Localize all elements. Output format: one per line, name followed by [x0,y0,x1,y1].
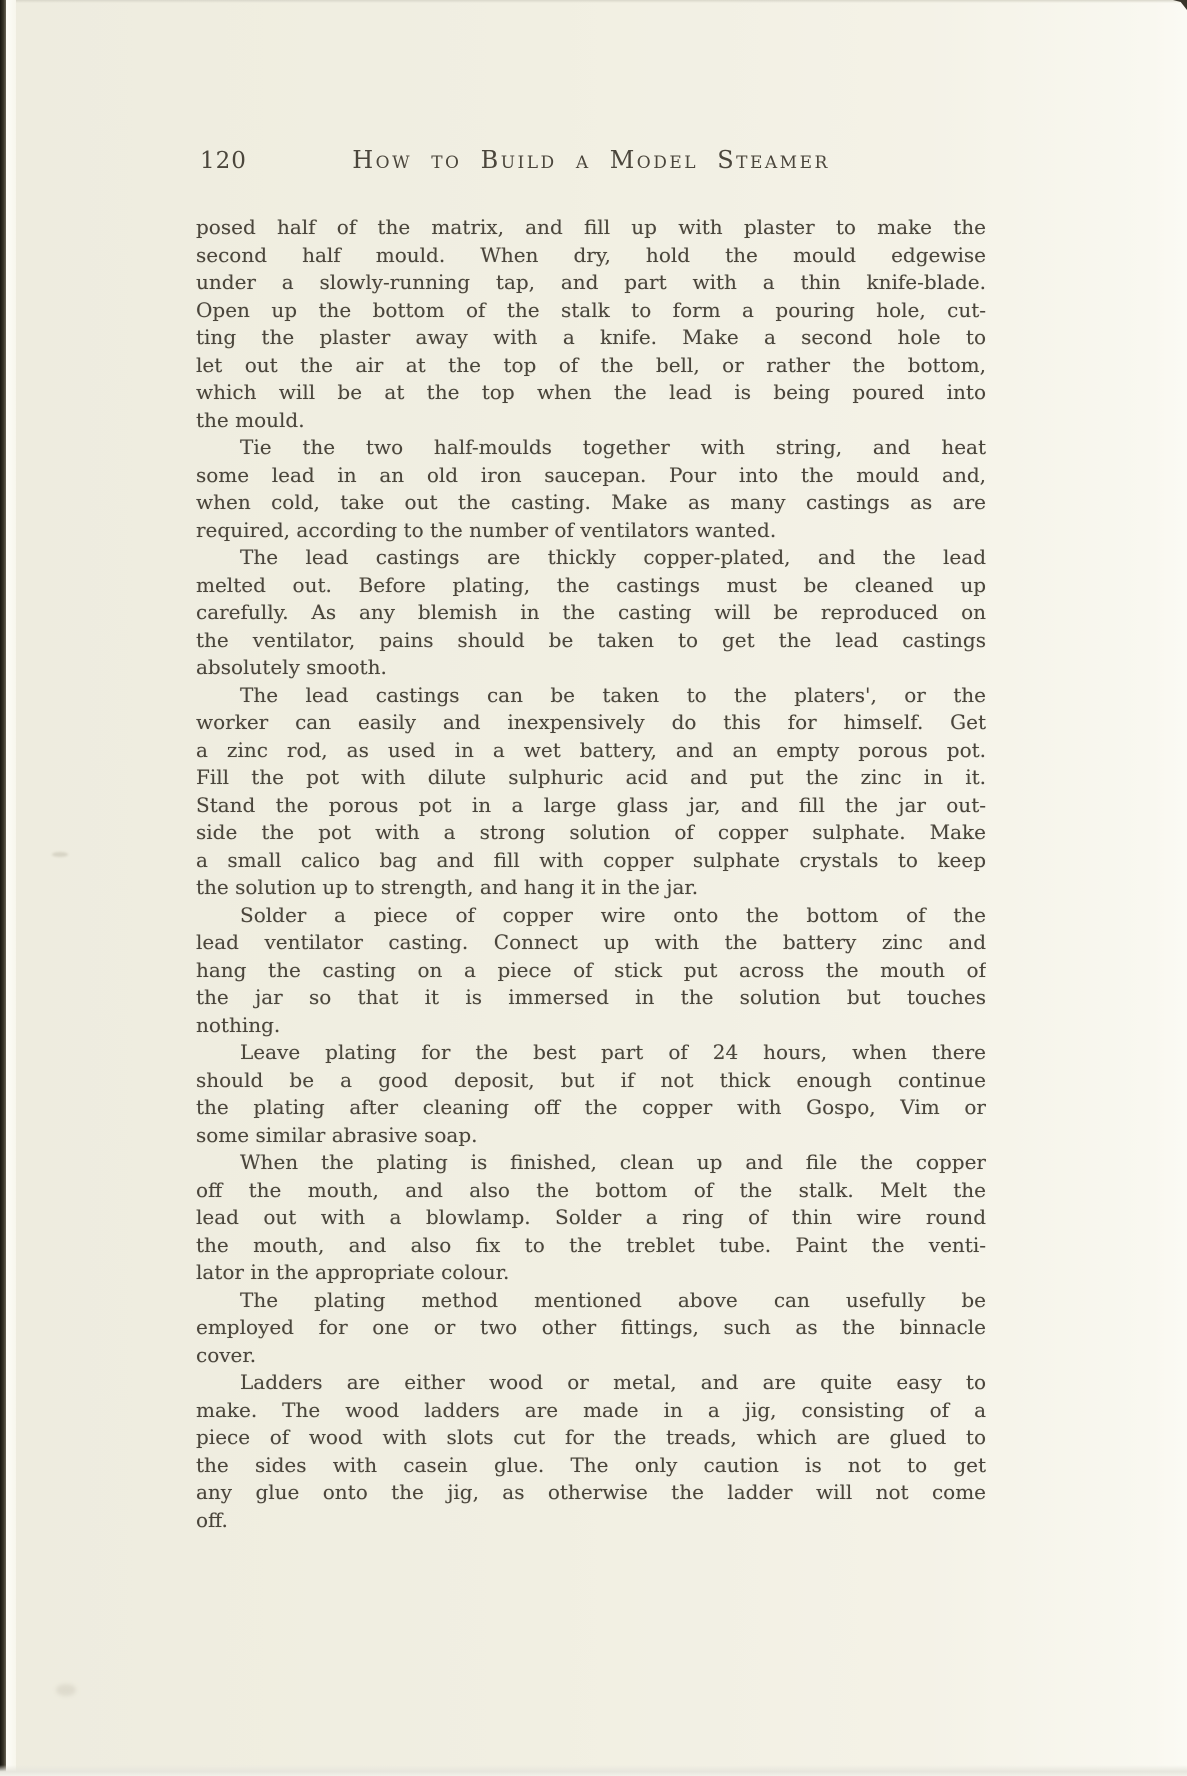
text-line: the jar so that it is immersed in the so… [196,984,986,1012]
text-line: Tie the two half-moulds together with st… [196,434,986,462]
text-line: Fill the pot with dilute sulphuric acid … [196,764,986,792]
text-line: Ladders are either wood or metal, and ar… [196,1369,986,1397]
paragraph: The plating method mentioned above can u… [196,1287,986,1370]
text-line: make. The wood ladders are made in a jig… [196,1397,986,1425]
text-line: a small calico bag and fill with copper … [196,847,986,875]
text-line: which will be at the top when the lead i… [196,379,986,407]
text-line: some similar abrasive soap. [196,1122,986,1150]
paragraph: Solder a piece of copper wire onto the b… [196,902,986,1040]
body-text: posed half of the matrix, and fill up wi… [196,214,986,1534]
text-line: the plating after cleaning off the coppe… [196,1094,986,1122]
text-line: carefully. As any blemish in the casting… [196,599,986,627]
text-line: The lead castings can be taken to the pl… [196,682,986,710]
page-column: 120 How to Build a Model Steamer posed h… [196,146,986,1534]
text-line: the mould. [196,407,986,435]
text-line: lead ventilator casting. Connect up with… [196,929,986,957]
text-line: When the plating is finished, clean up a… [196,1149,986,1177]
text-line: off. [196,1507,986,1535]
paragraph: Leave plating for the best part of 24 ho… [196,1039,986,1149]
paragraph: posed half of the matrix, and fill up wi… [196,214,986,434]
text-line: when cold, take out the casting. Make as… [196,489,986,517]
text-line: lead out with a blowlamp. Solder a ring … [196,1204,986,1232]
paper-smudge [52,852,68,857]
book-page-scan: 120 How to Build a Model Steamer posed h… [0,0,1187,1776]
text-line: required, according to the number of ven… [196,517,986,545]
page-top-edge [0,0,1187,3]
text-line: worker can easily and inexpensively do t… [196,709,986,737]
text-line: The lead castings are thickly copper-pla… [196,544,986,572]
text-line: lator in the appropriate colour. [196,1259,986,1287]
paragraph: The lead castings can be taken to the pl… [196,682,986,902]
text-line: let out the air at the top of the bell, … [196,352,986,380]
text-line: posed half of the matrix, and fill up wi… [196,214,986,242]
page-bottom-edge [0,1765,1187,1776]
text-line: the solution up to strength, and hang it… [196,874,986,902]
text-line: melted out. Before plating, the castings… [196,572,986,600]
text-line: hang the casting on a piece of stick put… [196,957,986,985]
text-line: absolutely smooth. [196,654,986,682]
text-line: side the pot with a strong solution of c… [196,819,986,847]
text-line: second half mould. When dry, hold the mo… [196,242,986,270]
text-line: off the mouth, and also the bottom of th… [196,1177,986,1205]
text-line: nothing. [196,1012,986,1040]
paragraph: Ladders are either wood or metal, and ar… [196,1369,986,1534]
text-line: Solder a piece of copper wire onto the b… [196,902,986,930]
text-line: the sides with casein glue. The only cau… [196,1452,986,1480]
page-number: 120 [200,148,247,174]
text-line: cover. [196,1342,986,1370]
text-line: a zinc rod, as used in a wet battery, an… [196,737,986,765]
text-line: piece of wood with slots cut for the tre… [196,1424,986,1452]
text-line: the mouth, and also fix to the treblet t… [196,1232,986,1260]
paragraph: Tie the two half-moulds together with st… [196,434,986,544]
text-line: any glue onto the jig, as otherwise the … [196,1479,986,1507]
text-line: the ventilator, pains should be taken to… [196,627,986,655]
page-header: 120 How to Build a Model Steamer [196,146,986,186]
running-title: How to Build a Model Steamer [196,146,986,174]
text-line: Leave plating for the best part of 24 ho… [196,1039,986,1067]
text-line: The plating method mentioned above can u… [196,1287,986,1315]
text-line: ting the plaster away with a knife. Make… [196,324,986,352]
text-line: under a slowly-running tap, and part wit… [196,269,986,297]
text-line: employed for one or two other fittings, … [196,1314,986,1342]
binding-highlight [6,0,16,1776]
text-line: should be a good deposit, but if not thi… [196,1067,986,1095]
text-line: Stand the porous pot in a large glass ja… [196,792,986,820]
text-line: Open up the bottom of the stalk to form … [196,297,986,325]
paragraph: The lead castings are thickly copper-pla… [196,544,986,682]
paper-smudge [56,1684,76,1696]
text-line: some lead in an old iron saucepan. Pour … [196,462,986,490]
paragraph: When the plating is finished, clean up a… [196,1149,986,1287]
